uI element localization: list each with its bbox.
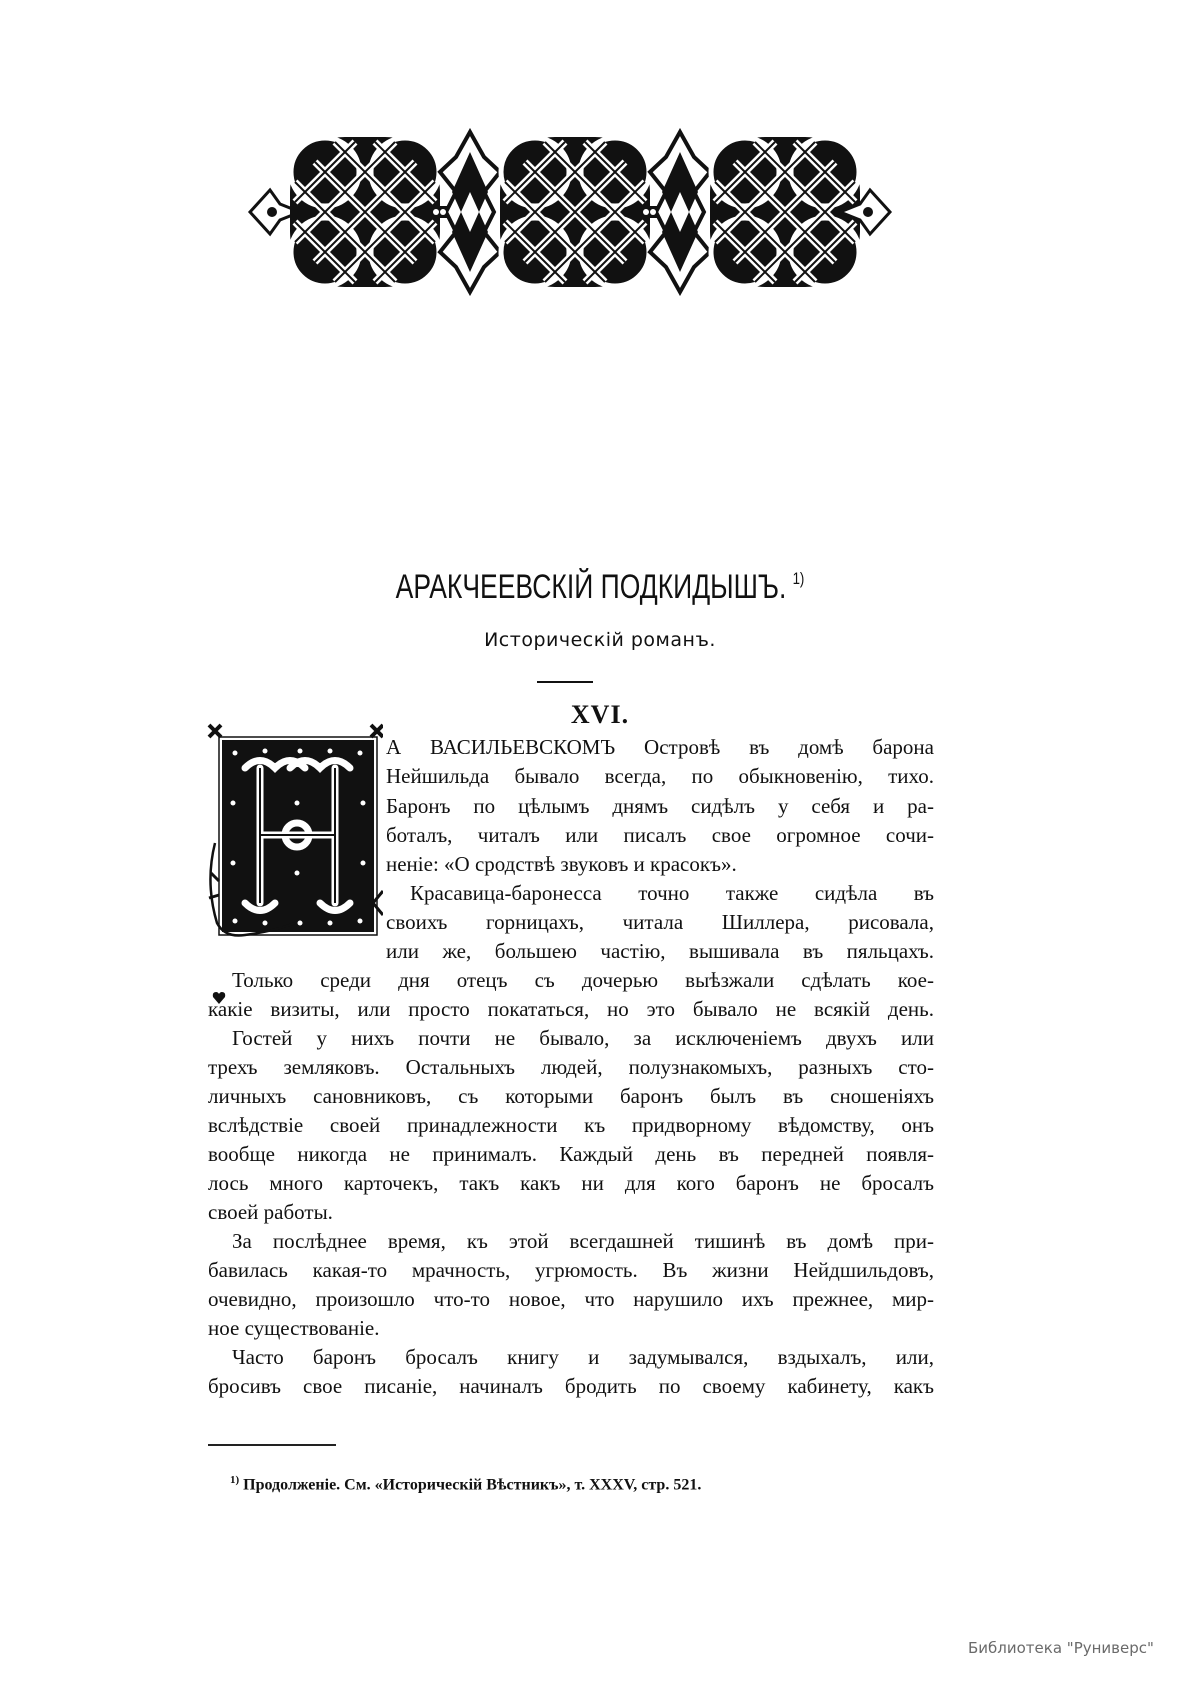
text-line: За послѣднее время, къ этой всегдашней т… bbox=[208, 1231, 934, 1252]
text-line: ное существованіе. bbox=[208, 1318, 380, 1339]
text-line: вслѣдствіе своей принадлежности къ придв… bbox=[208, 1115, 934, 1136]
chapter-number: XVI. bbox=[0, 700, 1200, 730]
text-line: Часто баронъ бросалъ книгу и задумывался… bbox=[208, 1347, 934, 1368]
text-line: Красавица-баронесса точно также сидѣла в… bbox=[386, 883, 934, 904]
novel-title-text: АРАКЧЕЕВСКІЙ ПОДКИДЫШЪ. bbox=[396, 568, 787, 606]
footnote-text: Продолженіе. См. «Историческій Вѣстникъ»… bbox=[243, 1476, 701, 1493]
text-line: А ВАСИЛЬЕВСКОМЪ Островѣ въ домѣ барона bbox=[386, 737, 934, 758]
text-line: личныхъ сановниковъ, съ которыми баронъ … bbox=[208, 1086, 934, 1107]
title-divider bbox=[537, 681, 593, 683]
text-line: бросивъ свое писаніе, начиналъ бродить п… bbox=[208, 1376, 934, 1397]
text-line: какіе визиты, или просто покататься, но … bbox=[208, 999, 934, 1020]
interlace-headpiece-ornament bbox=[240, 128, 900, 296]
text-line: вообще никогда не принималъ. Каждый день… bbox=[208, 1144, 934, 1165]
library-watermark: Библиотека "Руниверс" bbox=[968, 1639, 1154, 1657]
text-line: Только среди дня отецъ съ дочерью выѣзжа… bbox=[208, 970, 934, 991]
text-line: Нейшильда бывало всегда, по обыкновенію,… bbox=[386, 766, 934, 787]
footnote-divider bbox=[208, 1444, 336, 1446]
text-line: лось много карточекъ, такъ какъ ни для к… bbox=[208, 1173, 934, 1194]
text-line: или же, большею частію, вышивала въ пяль… bbox=[386, 941, 934, 962]
text-line: своей работы. bbox=[208, 1202, 333, 1223]
novel-title: АРАКЧЕЕВСКІЙ ПОДКИДЫШЪ.1) bbox=[132, 568, 1068, 607]
title-footnote-marker[interactable]: 1) bbox=[793, 569, 805, 588]
footnote: 1) Продолженіе. См. «Историческій Вѣстни… bbox=[230, 1474, 701, 1494]
text-line: своихъ горницахъ, читала Шиллера, рисова… bbox=[386, 912, 934, 933]
text-line: боталъ, читалъ или писалъ свое огромное … bbox=[386, 825, 934, 846]
text-line: бавилась какая-то мрачность, угрюмость. … bbox=[208, 1260, 934, 1281]
text-line: очевидно, произошло что-то новое, что на… bbox=[208, 1289, 934, 1310]
text-line: неніе: «О сродствѣ звуковъ и красокъ». bbox=[386, 854, 816, 875]
text-line: Баронъ по цѣлымъ днямъ сидѣлъ у себя и р… bbox=[386, 796, 934, 817]
decorated-initial-letter-icon bbox=[205, 723, 383, 948]
text-line: трехъ земляковъ. Остальныхъ людей, полуз… bbox=[208, 1057, 934, 1078]
text-line: Гостей у нихъ почти не бывало, за исключ… bbox=[208, 1028, 934, 1049]
novel-subtitle: Историческій романъ. bbox=[0, 629, 1200, 651]
footnote-marker: 1) bbox=[230, 1474, 239, 1486]
